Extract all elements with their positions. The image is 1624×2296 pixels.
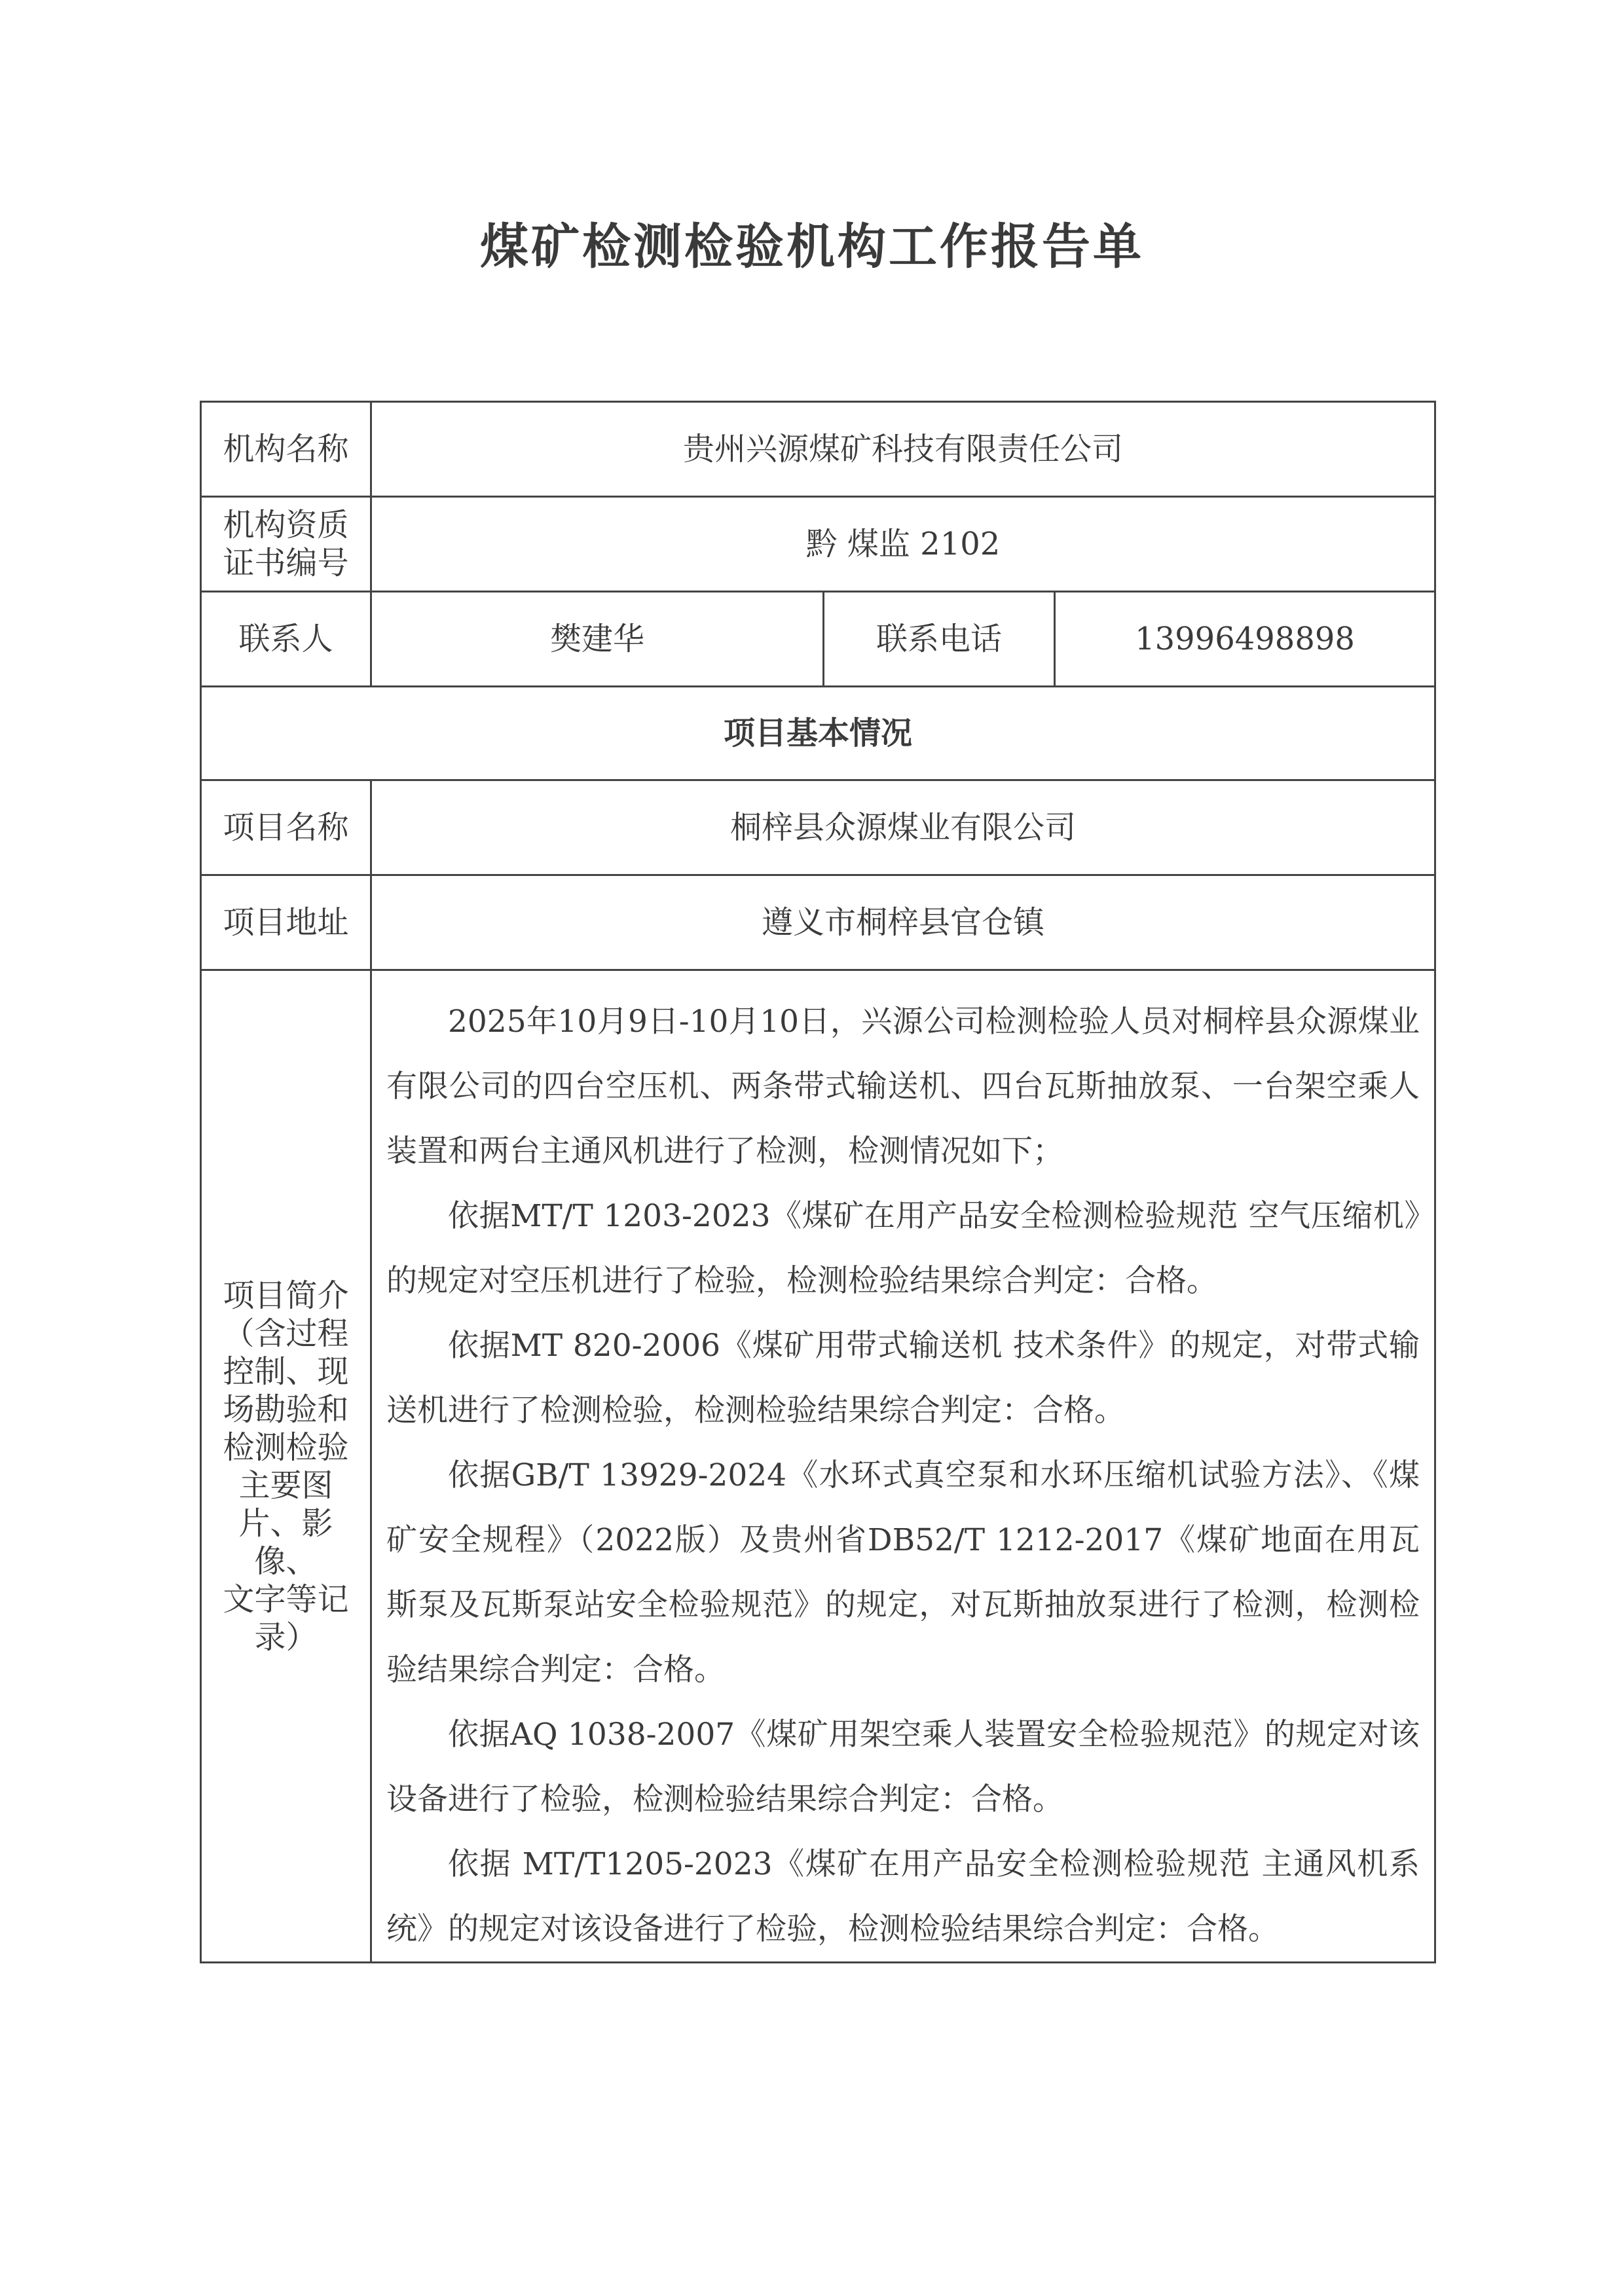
contact-row: 联系人 樊建华 联系电话 13996498898 [201, 592, 1435, 687]
project-name-label: 项目名称 [201, 780, 371, 875]
document-title: 煤矿检测检验机构工作报告单 [0, 208, 1624, 278]
intro-label-line: 文字等记 [217, 1580, 354, 1618]
org-cert-label: 机构资质 证书编号 [201, 497, 371, 592]
intro-label-line: 检测检验 [217, 1429, 354, 1467]
report-table: 机构名称 贵州兴源煤矿科技有限责任公司 机构资质 证书编号 黔 煤监 2102 … [200, 401, 1436, 1963]
org-cert-label-line2: 证书编号 [202, 544, 370, 582]
project-intro-body: 2025年10月9日-10月10日，兴源公司检测检验人员对桐梓县众源煤业有限公司… [371, 970, 1435, 1963]
project-address-value: 遵义市桐梓县官仓镇 [371, 875, 1435, 970]
intro-label-line: 场勘验和 [217, 1391, 354, 1429]
project-intro-row: 项目简介 （含过程 控制、现 场勘验和 检测检验 主要图 片、影像、 文字等记 … [201, 970, 1435, 1963]
org-cert-row: 机构资质 证书编号 黔 煤监 2102 [201, 497, 1435, 592]
intro-paragraph-main-fan: 依据 MT/T1205-2023《煤矿在用产品安全检测检验规范 主通风机系统》的… [386, 1832, 1420, 1961]
org-cert-value: 黔 煤监 2102 [371, 497, 1435, 592]
intro-paragraph-overview: 2025年10月9日-10月10日，兴源公司检测检验人员对桐梓县众源煤业有限公司… [386, 989, 1420, 1184]
phone-label: 联系电话 [824, 592, 1055, 687]
project-intro-label: 项目简介 （含过程 控制、现 场勘验和 检测检验 主要图 片、影像、 文字等记 … [201, 970, 371, 1963]
intro-label-line: 录） [217, 1618, 354, 1656]
project-section-row: 项目基本情况 [201, 687, 1435, 780]
project-name-row: 项目名称 桐梓县众源煤业有限公司 [201, 780, 1435, 875]
phone-value: 13996498898 [1055, 592, 1435, 687]
project-name-value: 桐梓县众源煤业有限公司 [371, 780, 1435, 875]
intro-paragraph-belt-conveyor: 依据MT 820-2006《煤矿用带式输送机 技术条件》的规定，对带式输送机进行… [386, 1313, 1420, 1443]
intro-label-line: （含过程 [217, 1315, 354, 1353]
contact-label: 联系人 [201, 592, 371, 687]
intro-paragraph-gas-pump: 依据GB/T 13929-2024《水环式真空泵和水环压缩机试验方法》、《煤矿安… [386, 1443, 1420, 1702]
org-cert-label-line1: 机构资质 [202, 506, 370, 544]
org-name-label: 机构名称 [201, 402, 371, 497]
intro-label-line: 控制、现 [217, 1353, 354, 1391]
org-name-value: 贵州兴源煤矿科技有限责任公司 [371, 402, 1435, 497]
intro-label-line: 片、影像、 [217, 1504, 354, 1580]
project-address-label: 项目地址 [201, 875, 371, 970]
contact-value: 樊建华 [371, 592, 824, 687]
org-name-row: 机构名称 贵州兴源煤矿科技有限责任公司 [201, 402, 1435, 497]
intro-label-line: 主要图 [217, 1467, 354, 1504]
intro-label-line: 项目简介 [217, 1277, 354, 1315]
intro-paragraph-man-rider: 依据AQ 1038-2007《煤矿用架空乘人装置安全检验规范》的规定对该设备进行… [386, 1702, 1420, 1832]
intro-paragraph-air-compressor: 依据MT/T 1203-2023《煤矿在用产品安全检测检验规范 空气压缩机》的规… [386, 1184, 1420, 1313]
project-section-heading: 项目基本情况 [201, 687, 1435, 780]
project-address-row: 项目地址 遵义市桐梓县官仓镇 [201, 875, 1435, 970]
